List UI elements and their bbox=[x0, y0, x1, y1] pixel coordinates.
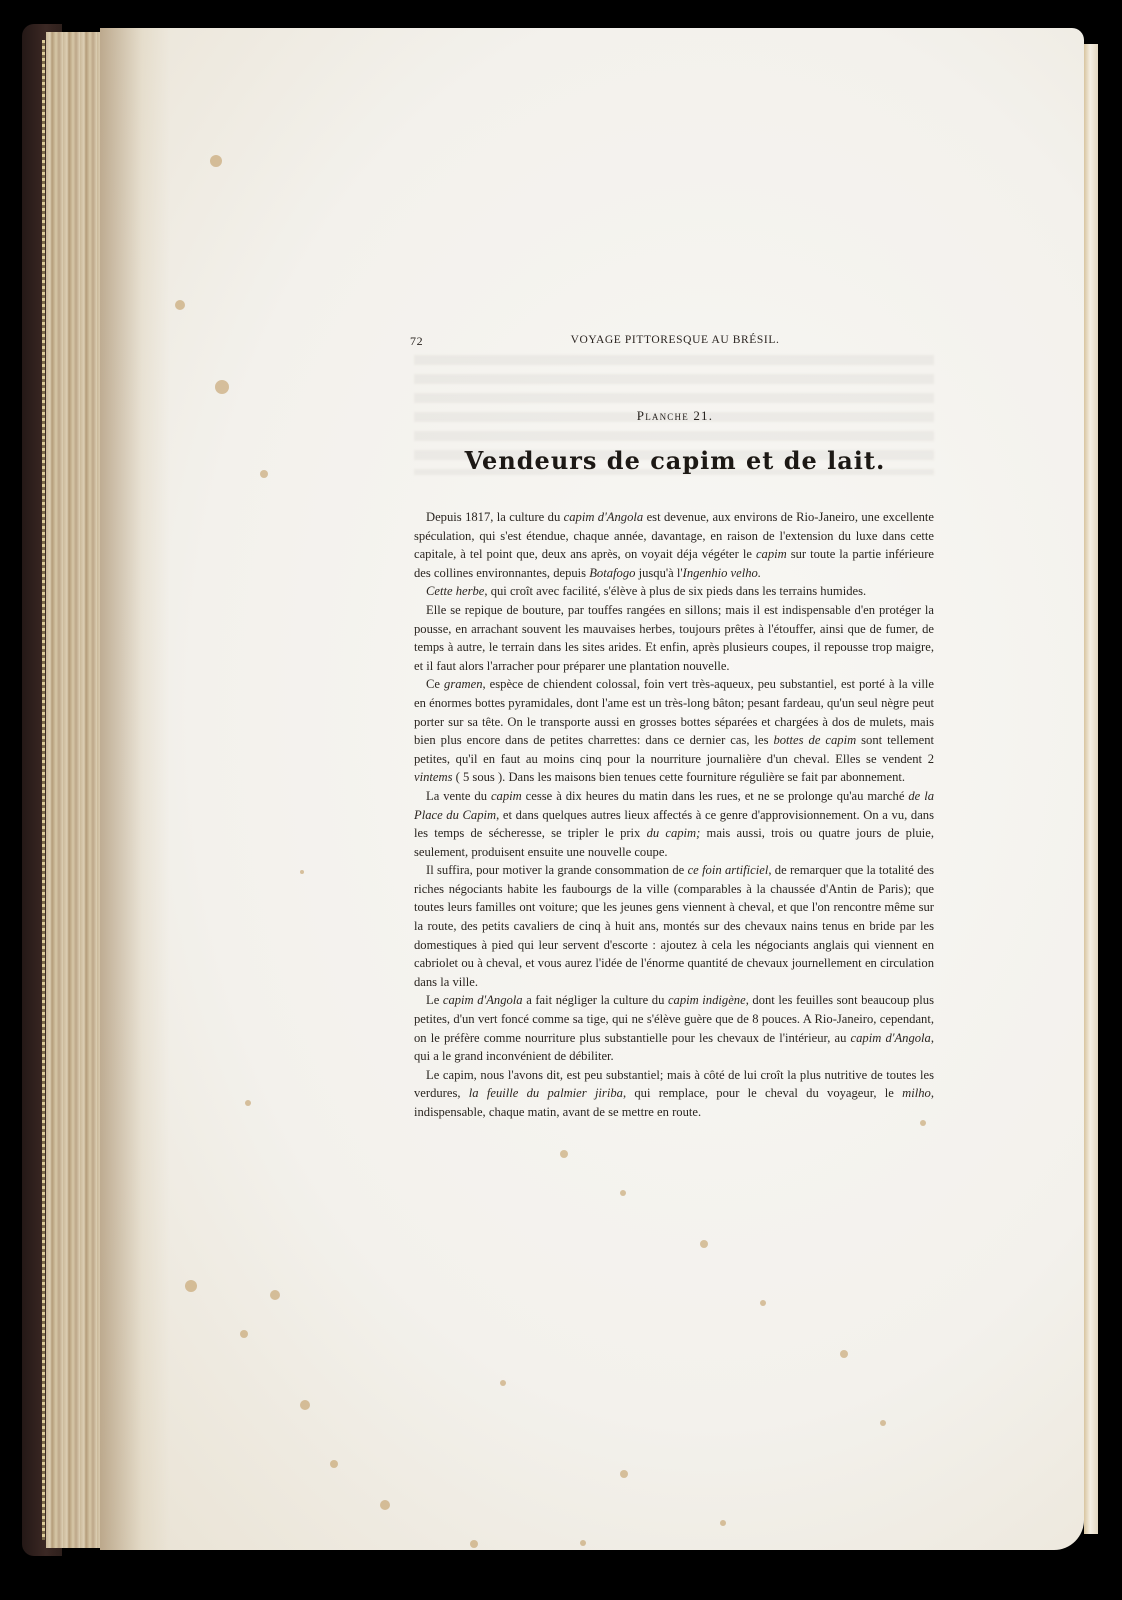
plate-label: Planche 21. bbox=[410, 408, 940, 424]
foxing-spot bbox=[300, 1400, 310, 1410]
foxing-spot bbox=[620, 1190, 626, 1196]
foxing-spot bbox=[240, 1330, 248, 1338]
foxing-spot bbox=[500, 1380, 506, 1386]
foxing-spot bbox=[470, 1540, 478, 1548]
foxing-spot bbox=[580, 1540, 586, 1546]
paragraph: Le capim, nous l'avons dit, est peu subs… bbox=[414, 1066, 934, 1122]
foxing-spot bbox=[560, 1150, 568, 1158]
text-run: ( 5 sous ). Dans les maisons bien tenues… bbox=[452, 770, 905, 784]
foxing-spot bbox=[840, 1350, 848, 1358]
italic-run: la feuille du palmier jiriba bbox=[469, 1086, 623, 1100]
text-run: a fait négliger la culture du bbox=[523, 993, 668, 1007]
text-run: , qui remplace, pour le cheval du voyage… bbox=[623, 1086, 902, 1100]
text-run: La vente du bbox=[426, 789, 491, 803]
italic-run: capim bbox=[491, 789, 522, 803]
foxing-spot bbox=[210, 155, 222, 167]
italic-run: capim bbox=[756, 547, 787, 561]
chapter-heading: Vendeurs de capim et de lait. bbox=[410, 446, 940, 475]
foxing-spot bbox=[175, 300, 185, 310]
paragraph: Cette herbe, qui croît avec facilité, s'… bbox=[414, 582, 934, 601]
foxing-spot bbox=[720, 1520, 726, 1526]
foxing-spot bbox=[270, 1290, 280, 1300]
text-run: Depuis 1817, la culture du bbox=[426, 510, 564, 524]
italic-run: Botafogo bbox=[589, 566, 635, 580]
italic-run: capim d'Angola bbox=[564, 510, 644, 524]
foxing-spot bbox=[215, 380, 229, 394]
page-leaves-stack bbox=[46, 32, 102, 1548]
paragraph: Ce gramen, espèce de chiendent colossal,… bbox=[414, 675, 934, 787]
italic-run: capim d'Angola bbox=[443, 993, 523, 1007]
foxing-spot bbox=[760, 1300, 766, 1306]
italic-run: bottes de capim bbox=[773, 733, 856, 747]
italic-run: capim indigène bbox=[668, 993, 746, 1007]
running-title: VOYAGE PITTORESQUE AU BRÉSIL. bbox=[410, 334, 940, 346]
italic-run: capim d'Angola bbox=[851, 1031, 931, 1045]
paragraph: Depuis 1817, la culture du capim d'Angol… bbox=[414, 508, 934, 582]
italic-run: Ingenhio velho. bbox=[683, 566, 761, 580]
foxing-spot bbox=[620, 1470, 628, 1478]
foxing-spot bbox=[260, 470, 268, 478]
text-run: Il suffira, pour motiver la grande conso… bbox=[426, 863, 688, 877]
paragraph: Le capim d'Angola a fait négliger la cul… bbox=[414, 991, 934, 1065]
foxing-spot bbox=[700, 1240, 708, 1248]
foxing-spot bbox=[880, 1420, 886, 1426]
italic-run: ce foin artificiel bbox=[688, 863, 769, 877]
foxing-spot bbox=[330, 1460, 338, 1468]
paragraph: Il suffira, pour motiver la grande conso… bbox=[414, 861, 934, 991]
italic-run: Cette herbe bbox=[426, 584, 484, 598]
paragraph: La vente du capim cesse à dix heures du … bbox=[414, 787, 934, 861]
binding-stitch bbox=[42, 40, 45, 1540]
running-head: 72 VOYAGE PITTORESQUE AU BRÉSIL. bbox=[410, 334, 940, 354]
gutter-shadow bbox=[100, 28, 170, 1550]
text-run: Ce bbox=[426, 677, 444, 691]
text-run: jusqu'à l' bbox=[635, 566, 682, 580]
paragraph: Elle se repique de bouture, par touffes … bbox=[414, 601, 934, 675]
italic-run: vintems bbox=[414, 770, 452, 784]
italic-run: gramen bbox=[444, 677, 482, 691]
text-run: , de remarquer que la totalité des riche… bbox=[414, 863, 934, 989]
foxing-spot bbox=[300, 870, 304, 874]
foxing-spot bbox=[185, 1280, 197, 1292]
text-run: cesse à dix heures du matin dans les rue… bbox=[522, 789, 909, 803]
text-run: , qui croît avec facilité, s'élève à plu… bbox=[484, 584, 866, 598]
body-text: Depuis 1817, la culture du capim d'Angol… bbox=[414, 508, 934, 1122]
text-run: Le bbox=[426, 993, 443, 1007]
italic-run: milho bbox=[902, 1086, 931, 1100]
text-run: Elle se repique de bouture, par touffes … bbox=[414, 603, 934, 673]
foxing-spot bbox=[245, 1100, 251, 1106]
fore-edge bbox=[1084, 44, 1098, 1534]
italic-run: du capim; bbox=[647, 826, 701, 840]
foxing-spot bbox=[380, 1500, 390, 1510]
